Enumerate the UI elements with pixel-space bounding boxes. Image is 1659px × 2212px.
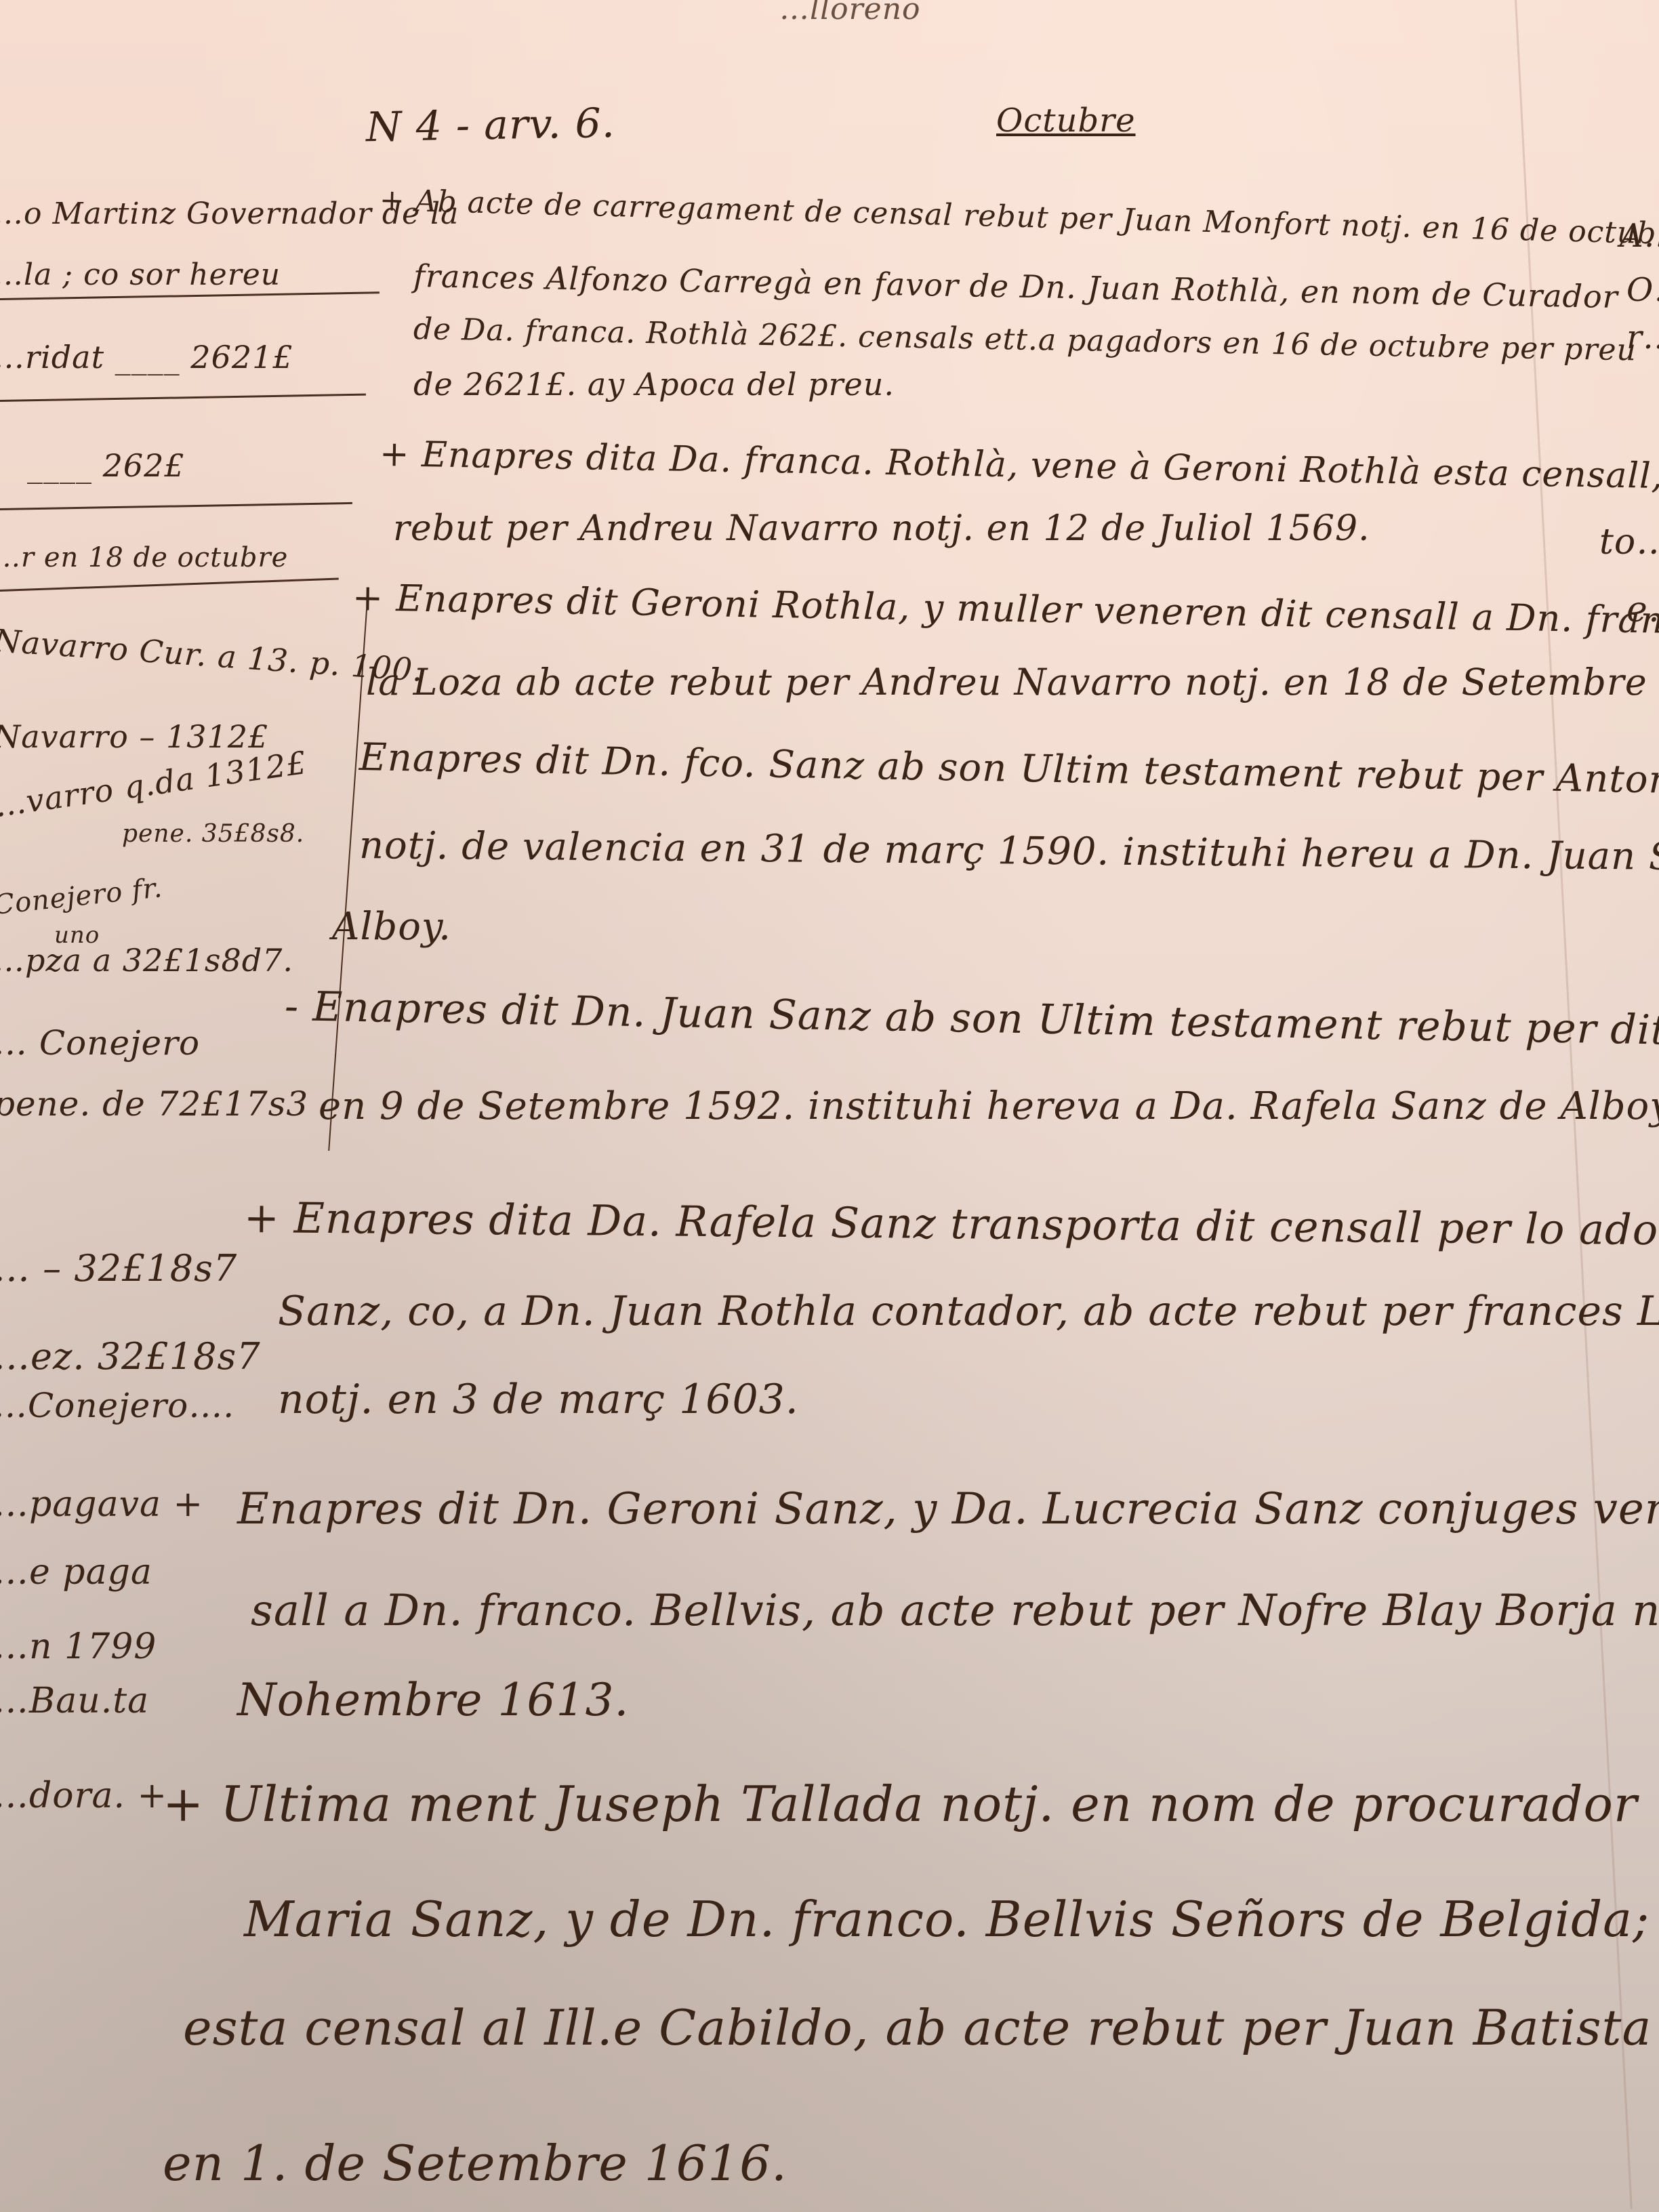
margin-note-10: Conejero fr. [0, 872, 164, 921]
entry-4-line-3: Alboy. [332, 905, 451, 949]
reference-number: N 4 - arv. 6. [365, 100, 615, 151]
entry-2-line-1: + Enapres dita Da. franca. Rothlà, vene … [379, 434, 1659, 499]
entry-4-line-2: notj. de valencia en 31 de març 1590. in… [359, 823, 1659, 880]
entry-8-line-3: esta censal al Ill.e Cabildo, ab acte re… [183, 1999, 1652, 2056]
entry-7-line-3: Nohembre 1613. [237, 1674, 629, 1726]
entry-8-line-4: en 1. de Setembre 1616. [163, 2135, 787, 2192]
entry-6-line-3: notj. en 3 de març 1603. [278, 1376, 799, 1423]
margin-rule-1 [0, 291, 380, 300]
right-margin-note-2: O… [1626, 271, 1659, 309]
top-cut-text: …lloreno [779, 0, 921, 26]
entry-2-line-2: rebut per Andreu Navarro notj. en 12 de … [393, 508, 1370, 549]
margin-note-13: … Conejero [0, 1023, 200, 1063]
entry-5-line-2: en 9 de Setembre 1592. instituhi hereva … [319, 1084, 1659, 1128]
manuscript-page: …lloreno N 4 - arv. 6. Octubre + Ab acte… [0, 0, 1659, 2212]
right-margin-note-3: r… [1626, 319, 1659, 356]
margin-rule-2 [0, 394, 366, 402]
margin-note-1: …o Martinz Governador de la [0, 197, 459, 231]
margin-note-2: …la ; co sor hereu [0, 258, 281, 292]
margin-rule-line [328, 610, 367, 1151]
entry-7-line-1: Enapres dit Dn. Geroni Sanz, y Da. Lucre… [237, 1484, 1659, 1534]
margin-note-4: ____ 262£ [27, 447, 185, 484]
margin-note-12: …pza a 32£1s8d7. [0, 942, 293, 979]
entry-6-line-1: + Enapres dita Da. Rafela Sanz transport… [244, 1193, 1659, 1256]
margin-note-19: …e paga [0, 1552, 152, 1593]
entry-4-line-1: Enapres dit Dn. fco. Sanz ab son Ultim t… [359, 735, 1659, 806]
margin-note-22: …dora. + [0, 1776, 167, 1816]
margin-note-8: …varro q.da 1312£ [0, 744, 309, 824]
margin-note-14: pene. de 72£17s3 [0, 1084, 308, 1124]
entry-8-line-1: + Ultima ment Juseph Tallada notj. en no… [163, 1776, 1637, 1832]
margin-rule-4 [0, 578, 339, 592]
margin-note-6: Navarro Cur. a 13. p. 100. [0, 622, 424, 689]
margin-note-7: Navarro – 1312£ [0, 718, 268, 755]
entry-1-line-1: + Ab acte de carregament de censal rebut… [379, 183, 1659, 254]
margin-note-17: …Conejero…. [0, 1386, 234, 1425]
entry-1-line-4: de 2621£. ay Apoca del preu. [413, 366, 895, 403]
right-margin-note-5: e… [1626, 590, 1659, 630]
margin-note-20: …n 1799 [0, 1626, 157, 1667]
margin-note-15: … – 32£18s7 [0, 1247, 237, 1290]
entry-3-line-1: + Enapres dit Geroni Rothla, y muller ve… [352, 576, 1659, 645]
entry-1-line-3: de Da. franca. Rothlà 262£. censals ett.… [413, 312, 1637, 367]
right-margin-note-1: A… [1620, 217, 1659, 255]
margin-rule-3 [0, 502, 352, 510]
month-heading: Octubre [996, 102, 1136, 140]
margin-note-21: …Bau.ta [0, 1681, 149, 1721]
margin-note-16: …ez. 32£18s7 [0, 1335, 261, 1378]
entry-6-line-2: Sanz, co, a Dn. Juan Rothla contador, ab… [278, 1288, 1659, 1335]
margin-note-3: …ridat ____ 2621£ [0, 339, 293, 375]
entry-5-line-1: - Enapres dit Dn. Juan Sanz ab son Ultim… [284, 983, 1659, 1056]
right-margin-note-4: to… [1599, 522, 1659, 562]
margin-note-5: …r en 18 de octubre [0, 542, 288, 573]
entry-8-line-2: Maria Sanz, y de Dn. franco. Bellvis Señ… [244, 1891, 1650, 1948]
entry-7-line-2: sall a Dn. franco. Bellvis, ab acte rebu… [251, 1586, 1659, 1636]
margin-note-18: …pagava + [0, 1484, 203, 1525]
entry-3-line-2: la Loza ab acte rebut per Andreu Navarro… [366, 661, 1659, 703]
entry-1-line-2: frances Alfonzo Carregà en favor de Dn. … [413, 258, 1619, 315]
margin-note-9: pene. 35£8s8. [122, 820, 304, 848]
